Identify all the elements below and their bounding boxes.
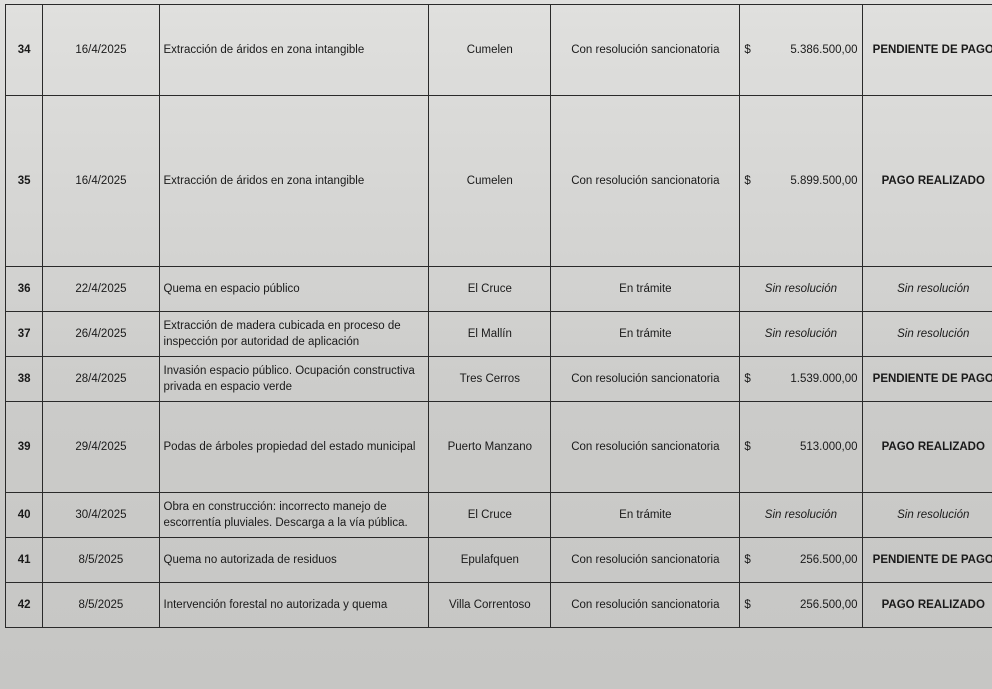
row-description: Extracción de madera cubicada en proceso… <box>159 312 429 357</box>
scanned-page: 3416/4/2025Extracción de áridos en zona … <box>0 0 992 689</box>
currency-symbol: $ <box>744 44 750 56</box>
row-description: Extracción de áridos en zona intangible <box>159 5 429 96</box>
row-number: 36 <box>6 267 43 312</box>
row-description: Quema en espacio público <box>159 267 429 312</box>
row-amount: 256.500,00 <box>800 599 858 611</box>
row-description: Quema no autorizada de residuos <box>159 538 429 583</box>
row-amount-cell: $5.899.500,00 <box>740 96 862 267</box>
row-amount: Sin resolución <box>740 267 862 312</box>
table-row: 3828/4/2025Invasión espacio público. Ocu… <box>6 357 992 402</box>
row-amount: Sin resolución <box>740 312 862 357</box>
row-date: 16/4/2025 <box>43 96 159 267</box>
row-payment-status: PENDIENTE DE PAGO <box>862 357 992 402</box>
row-date: 16/4/2025 <box>43 5 159 96</box>
row-location: El Cruce <box>429 493 551 538</box>
row-number: 35 <box>6 96 43 267</box>
row-payment-status: PAGO REALIZADO <box>862 96 992 267</box>
row-number: 38 <box>6 357 43 402</box>
table-row: 3516/4/2025Extracción de áridos en zona … <box>6 96 992 267</box>
row-payment-status: Sin resolución <box>862 493 992 538</box>
row-amount-cell: $5.386.500,00 <box>740 5 862 96</box>
row-amount: 256.500,00 <box>800 554 858 566</box>
row-payment-status: PENDIENTE DE PAGO <box>862 538 992 583</box>
row-date: 28/4/2025 <box>43 357 159 402</box>
row-status: Con resolución sancionatoria <box>551 5 740 96</box>
currency-symbol: $ <box>744 554 750 566</box>
row-date: 8/5/2025 <box>43 583 159 628</box>
row-date: 22/4/2025 <box>43 267 159 312</box>
row-number: 37 <box>6 312 43 357</box>
row-description: Intervención forestal no autorizada y qu… <box>159 583 429 628</box>
row-payment-status: Sin resolución <box>862 312 992 357</box>
row-amount-cell: $513.000,00 <box>740 402 862 493</box>
row-location: Villa Correntoso <box>429 583 551 628</box>
row-date: 26/4/2025 <box>43 312 159 357</box>
row-location: El Mallín <box>429 312 551 357</box>
row-number: 40 <box>6 493 43 538</box>
row-payment-status: Sin resolución <box>862 267 992 312</box>
table-row: 3416/4/2025Extracción de áridos en zona … <box>6 5 992 96</box>
table-row: 3726/4/2025Extracción de madera cubicada… <box>6 312 992 357</box>
currency-symbol: $ <box>744 599 750 611</box>
table-row: 4030/4/2025Obra en construcción: incorre… <box>6 493 992 538</box>
row-status: Con resolución sancionatoria <box>551 357 740 402</box>
row-location: Cumelen <box>429 96 551 267</box>
row-location: Tres Cerros <box>429 357 551 402</box>
row-date: 29/4/2025 <box>43 402 159 493</box>
table-row: 3622/4/2025Quema en espacio públicoEl Cr… <box>6 267 992 312</box>
row-amount-cell: $1.539.000,00 <box>740 357 862 402</box>
row-description: Extracción de áridos en zona intangible <box>159 96 429 267</box>
infractions-table: 3416/4/2025Extracción de áridos en zona … <box>5 4 992 628</box>
row-amount: Sin resolución <box>740 493 862 538</box>
row-description: Obra en construcción: incorrecto manejo … <box>159 493 429 538</box>
currency-symbol: $ <box>744 373 750 385</box>
row-number: 39 <box>6 402 43 493</box>
row-status: En trámite <box>551 493 740 538</box>
row-amount-cell: $256.500,00 <box>740 538 862 583</box>
table-row: 3929/4/2025Podas de árboles propiedad de… <box>6 402 992 493</box>
row-location: Puerto Manzano <box>429 402 551 493</box>
row-amount: 5.899.500,00 <box>790 175 857 187</box>
row-status: En trámite <box>551 312 740 357</box>
currency-symbol: $ <box>744 441 750 453</box>
row-amount: 1.539.000,00 <box>790 373 857 385</box>
row-status: Con resolución sancionatoria <box>551 402 740 493</box>
row-number: 41 <box>6 538 43 583</box>
row-payment-status: PAGO REALIZADO <box>862 583 992 628</box>
row-payment-status: PAGO REALIZADO <box>862 402 992 493</box>
row-status: Con resolución sancionatoria <box>551 538 740 583</box>
table-row: 418/5/2025Quema no autorizada de residuo… <box>6 538 992 583</box>
row-location: Epulafquen <box>429 538 551 583</box>
row-number: 34 <box>6 5 43 96</box>
row-amount: 5.386.500,00 <box>790 44 857 56</box>
table-row: 428/5/2025Intervención forestal no autor… <box>6 583 992 628</box>
currency-symbol: $ <box>744 175 750 187</box>
row-location: Cumelen <box>429 5 551 96</box>
row-date: 30/4/2025 <box>43 493 159 538</box>
row-payment-status: PENDIENTE DE PAGO <box>862 5 992 96</box>
row-description: Invasión espacio público. Ocupación cons… <box>159 357 429 402</box>
row-number: 42 <box>6 583 43 628</box>
row-status: Con resolución sancionatoria <box>551 96 740 267</box>
row-description: Podas de árboles propiedad del estado mu… <box>159 402 429 493</box>
row-amount-cell: $256.500,00 <box>740 583 862 628</box>
row-status: En trámite <box>551 267 740 312</box>
row-status: Con resolución sancionatoria <box>551 583 740 628</box>
row-date: 8/5/2025 <box>43 538 159 583</box>
row-location: El Cruce <box>429 267 551 312</box>
row-amount: 513.000,00 <box>800 441 858 453</box>
